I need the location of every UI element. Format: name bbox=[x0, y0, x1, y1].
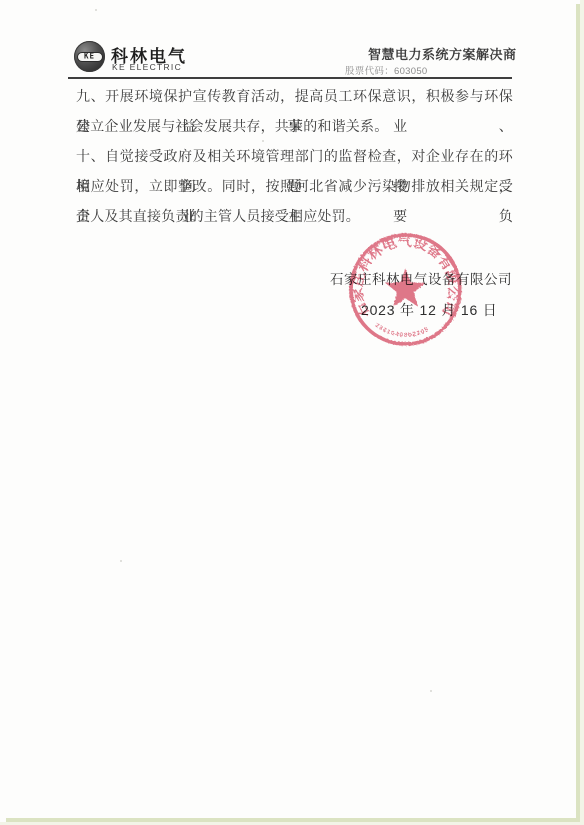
paper-speck bbox=[430, 690, 432, 692]
paragraph-10-line-1: 十、自觉接受政府及相关环境管理部门的监督检查，对企业存在的环境问题接受 bbox=[76, 141, 513, 171]
seal-graphics: 石家庄科林电气设备有限公司 1301040802205 bbox=[349, 233, 462, 344]
scan-edge-bottom-outer bbox=[0, 822, 584, 825]
seal-serial-number: 1301040802205 bbox=[374, 323, 431, 339]
ke-logo-monogram: KE bbox=[77, 52, 103, 63]
ke-logo-monogram-text: KE bbox=[84, 53, 95, 61]
seal-star-icon bbox=[385, 268, 425, 306]
paragraph-9-line-1: 九、开展环境保护宣传教育活动，提高员工环保意识，积极参与环保公益事业、 bbox=[76, 81, 513, 111]
scan-edge-bottom bbox=[6, 818, 580, 822]
paper-speck bbox=[262, 140, 264, 142]
header-divider bbox=[68, 77, 512, 79]
paper-speck bbox=[95, 9, 97, 11]
brand-name-en: KE ELECTRIC bbox=[112, 62, 182, 72]
stock-code: 股票代码：603050 bbox=[345, 63, 428, 77]
document-page: KE 科林电气 KE ELECTRIC 智慧电力系统方案解决商 股票代码：603… bbox=[0, 0, 584, 825]
header-tagline: 智慧电力系统方案解决商 bbox=[368, 44, 517, 63]
paper-speck bbox=[120, 560, 122, 562]
ke-logo-icon: KE bbox=[74, 41, 105, 72]
scan-edge-right bbox=[576, 4, 580, 825]
company-seal-stamp: 石家庄科林电气设备有限公司 1301040802205 bbox=[347, 231, 464, 348]
paragraph-10-line-2: 相应处罚，立即整改。同时，按照河北省减少污染物排放相关规定，企业主要负 bbox=[76, 171, 513, 201]
scan-edge-right-outer bbox=[580, 0, 584, 825]
document-body: 九、开展环境保护宣传教育活动，提高员工环保意识，积极参与环保公益事业、 建立企业… bbox=[76, 81, 513, 231]
